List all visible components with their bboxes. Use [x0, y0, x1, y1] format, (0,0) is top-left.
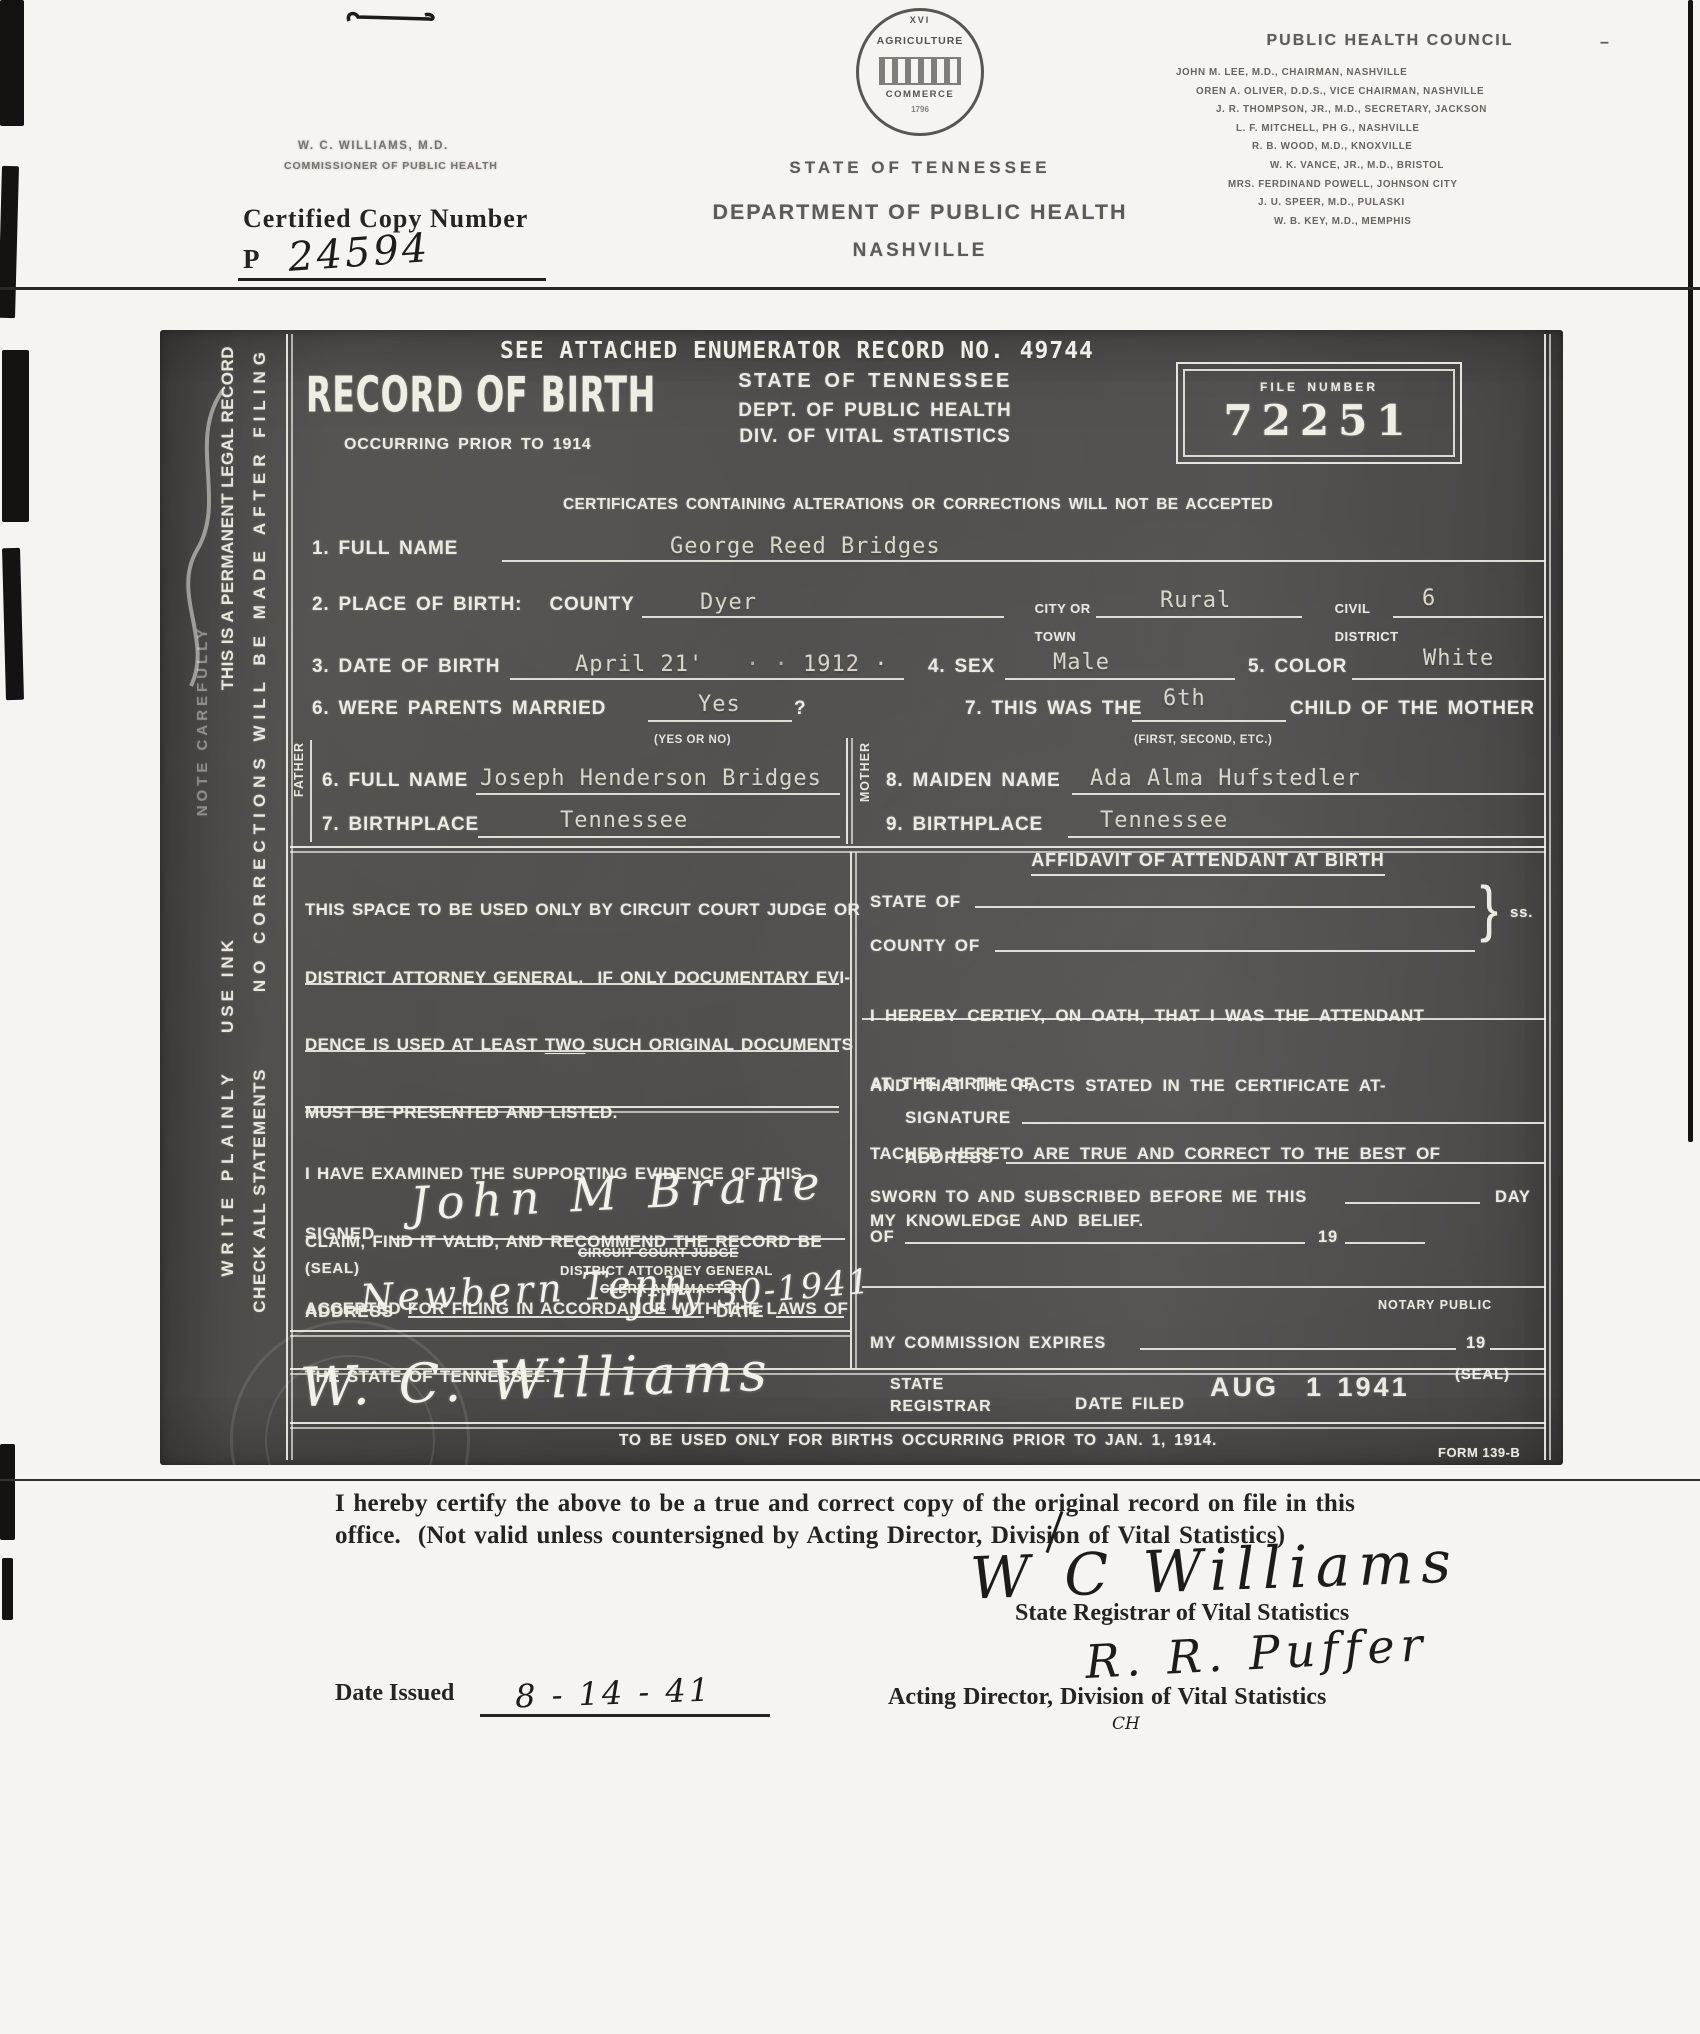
seal-year: 1796	[859, 105, 981, 114]
affidavit-county-label: COUNTY OF	[870, 936, 980, 956]
day-label: DAY	[1495, 1188, 1531, 1207]
notary-signature-line	[862, 1286, 1546, 1288]
affidavit-county-line	[995, 934, 1475, 952]
file-number-value: 72251	[1185, 396, 1453, 445]
commissioner-title: COMMISSIONER OF PUBLIC HEALTH	[284, 160, 498, 172]
scan-artifact	[0, 0, 24, 126]
date-noise: · ·	[746, 652, 789, 677]
usage-note: TO BE USED ONLY FOR BIRTHS OCCURRING PRI…	[290, 1432, 1546, 1450]
council-member: W. B. KEY, M.D., MEMPHIS	[1274, 213, 1628, 232]
mother-side-label: MOTHER	[858, 742, 872, 802]
married-question-mark: ?	[794, 698, 806, 720]
agency-block: STATE OF TENNESSEE DEPT. OF PUBLIC HEALT…	[710, 370, 1040, 448]
judge-line-1: THIS SPACE TO BE USED ONLY BY CIRCUIT CO…	[305, 899, 860, 922]
council-member: OREN A. OLIVER, D.D.S., VICE CHAIRMAN, N…	[1196, 83, 1628, 102]
nineteen-a: 19	[1318, 1228, 1338, 1247]
seal-parenthetical: (SEAL)	[305, 1260, 360, 1277]
married-value: Yes	[698, 692, 741, 717]
affidavit-title: AFFIDAVIT OF ATTENDANT AT BIRTH	[1031, 850, 1385, 876]
child-of-mother-label: CHILD OF THE MOTHER	[1290, 698, 1535, 720]
affidavit-state-line	[975, 890, 1475, 908]
pen-mark	[345, 8, 441, 28]
parents-married-label: 6. WERE PARENTS MARRIED	[312, 698, 606, 720]
signed-line	[392, 1222, 845, 1240]
sworn-label: SWORN TO AND SUBSCRIBED BEFORE ME THIS	[870, 1188, 1307, 1207]
this-was-the-label: 7. THIS WAS THE	[965, 698, 1142, 720]
council-member: JOHN M. LEE, M.D., CHAIRMAN, NASHVILLE	[1176, 64, 1628, 83]
certificate-bottom-rule	[0, 1479, 1700, 1481]
place-of-birth-label: 2. PLACE OF BIRTH: COUNTY	[312, 594, 635, 616]
certify-line-1: I HEREBY CERTIFY, ON OATH, THAT I WAS TH…	[870, 1005, 1424, 1028]
ss-brace: }	[1480, 873, 1498, 944]
form-number: FORM 139-B	[1438, 1446, 1520, 1460]
full-name-value: George Reed Bridges	[670, 534, 941, 559]
of-label: OF	[870, 1228, 895, 1247]
council-title: PUBLIC HEALTH COUNCIL	[1180, 32, 1600, 50]
affidavit-state-label: STATE OF	[870, 892, 961, 912]
footer-director-signature: R. R. Puffer	[1084, 1617, 1430, 1689]
date-filed-label: DATE FILED	[1075, 1394, 1185, 1414]
city-or-label-line1: CITY OR	[1035, 601, 1091, 616]
nineteen-a-line	[1345, 1226, 1425, 1244]
council-member: R. B. WOOD, M.D., KNOXVILLE	[1252, 138, 1628, 157]
agency-division: DIV. OF VITAL STATISTICS	[710, 426, 1040, 448]
county-value: Dyer	[700, 590, 757, 615]
footer-director-title: Acting Director, Division of Vital Stati…	[888, 1684, 1326, 1711]
state-line: STATE OF TENNESSEE	[770, 158, 1070, 178]
mother-name-value: Ada Alma Hufstedler	[1090, 766, 1361, 791]
child-order-line	[1132, 704, 1286, 722]
enumerator-record-stamp: SEE ATTACHED ENUMERATOR RECORD NO. 49744	[500, 338, 1094, 364]
affidavit-title-wrap: AFFIDAVIT OF ATTENDANT AT BIRTH	[870, 850, 1546, 876]
father-bracket-line	[310, 740, 312, 842]
sex-label: 4. SEX	[928, 656, 995, 678]
header-divider-rule	[0, 287, 1700, 290]
scan-artifact	[0, 1444, 15, 1540]
full-name-line	[502, 544, 1546, 562]
certified-copy-prefix: P	[243, 244, 260, 275]
margin-permanent-record: THIS IS A PERMANENT LEGAL RECORD	[218, 346, 238, 690]
father-birthplace-value: Tennessee	[560, 808, 688, 833]
registrar-label-registrar: REGISTRAR	[890, 1398, 991, 1416]
seal-commerce: COMMERCE	[859, 89, 981, 100]
ss-label: ss.	[1510, 904, 1533, 921]
father-birthplace-label: 7. BIRTHPLACE	[322, 814, 479, 836]
evidence-blank-line-1	[305, 967, 839, 985]
file-number-box-inner: FILE NUMBER 72251	[1183, 369, 1455, 457]
judge-box-divider	[305, 1106, 839, 1113]
mother-birthplace-value: Tennessee	[1100, 808, 1228, 833]
council-member: W. K. VANCE, JR., M.D., BRISTOL	[1270, 157, 1628, 176]
agency-dept: DEPT. OF PUBLIC HEALTH	[710, 400, 1040, 422]
father-side-label: FATHER	[292, 742, 306, 797]
first-second-hint: (FIRST, SECOND, ETC.)	[1134, 734, 1272, 746]
council-member: L. F. MITCHELL, PH G., NASHVILLE	[1236, 120, 1628, 139]
address-label: ADDRESS	[305, 1302, 394, 1322]
council-member: J. U. SPEER, M.D., PULASKI	[1258, 194, 1628, 213]
notary-public-label: NOTARY PUBLIC	[1378, 1298, 1492, 1312]
commissioner-name: W. C. WILLIAMS, M.D.	[298, 140, 449, 152]
color-value: White	[1423, 646, 1494, 671]
photostat-certificate: NOTE CAREFULLY THIS IS A PERMANENT LEGAL…	[160, 330, 1563, 1465]
seal-figures	[879, 57, 961, 85]
mother-divider-line	[846, 738, 853, 844]
nineteen-b-line	[1490, 1332, 1544, 1350]
footer-certify-line-1: I hereby certify the above to be a true …	[335, 1490, 1355, 1518]
left-column-bottom-rule	[290, 1330, 850, 1337]
affidavit-address-label: ADDRESS	[905, 1148, 994, 1168]
scan-artifact	[2, 350, 29, 522]
district-line	[1393, 600, 1543, 618]
council-member: J. R. THOMPSON, JR., M.D., SECRETARY, JA…	[1216, 101, 1628, 120]
father-name-value: Joseph Henderson Bridges	[480, 766, 822, 791]
tennessee-state-seal: XVI AGRICULTURE COMMERCE 1796	[856, 8, 984, 136]
civil-label-line2: DISTRICT	[1335, 629, 1399, 644]
mother-birthplace-label: 9. BIRTHPLACE	[886, 814, 1043, 836]
date-year: 1912 ·	[803, 652, 888, 677]
signed-label: SIGNED	[305, 1224, 375, 1244]
color-label: 5. COLOR	[1248, 656, 1347, 678]
agency-state: STATE OF TENNESSEE	[710, 370, 1040, 393]
title-circuit-judge: CIRCUIT COURT JUDGE	[578, 1246, 738, 1260]
county-line	[642, 600, 1004, 618]
affidavit-divider	[862, 1018, 1546, 1020]
full-name-label: 1. FULL NAME	[312, 538, 458, 560]
sworn-day-line	[1345, 1186, 1480, 1204]
date-issued-value: 8 - 14 - 41	[514, 1671, 712, 1716]
mother-name-label: 8. MAIDEN NAME	[886, 770, 1061, 792]
commission-line	[1140, 1332, 1456, 1350]
date-filed-stamp: AUG 1 1941	[1210, 1372, 1410, 1403]
margin-use-ink: USE INK	[218, 936, 238, 1033]
margin-write-plainly: WRITE PLAINLY	[218, 1068, 238, 1277]
file-number-label: FILE NUMBER	[1185, 380, 1453, 394]
footer-director-initials: CH	[1112, 1714, 1140, 1734]
nineteen-b: 19	[1466, 1334, 1486, 1353]
seal-agriculture: AGRICULTURE	[859, 35, 981, 47]
seal-roman: XVI	[859, 15, 981, 25]
department-line: DEPARTMENT OF PUBLIC HEALTH	[690, 200, 1150, 225]
facts-line-1: AND THAT THE FACTS STATED IN THE CERTIFI…	[870, 1075, 1440, 1098]
certified-copy-underline	[238, 278, 546, 281]
commission-expires-label: MY COMMISSION EXPIRES	[870, 1334, 1106, 1353]
scan-artifact	[2, 548, 24, 700]
margin-no-corrections: NO CORRECTIONS WILL BE MADE AFTER FILING	[250, 346, 270, 992]
evidence-blank-line-2	[305, 1034, 839, 1052]
city-line: NASHVILLE	[830, 240, 1010, 262]
yes-or-no-hint: (YES OR NO)	[654, 734, 731, 746]
district-value: 6	[1422, 586, 1436, 611]
file-number-box: FILE NUMBER 72251	[1176, 362, 1462, 464]
city-value: Rural	[1160, 588, 1231, 613]
certified-copy-number: 24594	[287, 225, 432, 281]
sex-value: Male	[1053, 650, 1110, 675]
scan-artifact	[1688, 0, 1693, 1142]
occurring-prior-subtitle: OCCURRING PRIOR TO 1914	[344, 436, 592, 454]
sex-line	[1005, 662, 1235, 680]
date-issued-label: Date Issued	[335, 1680, 454, 1707]
of-line	[905, 1226, 1305, 1244]
affidavit-signature-label: SIGNATURE	[905, 1108, 1011, 1128]
band-bottom-rule	[290, 1422, 1546, 1429]
margin-check-statements: CHECK ALL STATEMENTS	[250, 1068, 270, 1313]
civil-district-label: CIVIL DISTRICT	[1310, 588, 1399, 658]
date-value: April 21' · · 1912 ·	[575, 652, 888, 677]
child-order-value: 6th	[1163, 686, 1206, 711]
city-or-town-label: CITY OR TOWN	[1010, 588, 1091, 658]
affidavit-signature-line	[1022, 1106, 1544, 1124]
father-name-label: 6. FULL NAME	[322, 770, 468, 792]
no-alterations-warning: CERTIFICATES CONTAINING ALTERATIONS OR C…	[290, 496, 1546, 514]
scanned-birth-certificate-page: W. C. WILLIAMS, M.D. COMMISSIONER OF PUB…	[0, 0, 1700, 2034]
record-of-birth-title: RECORD OF BIRTH	[306, 366, 656, 423]
date-of-birth-label: 3. DATE OF BIRTH	[312, 656, 500, 678]
affidavit-address-line	[1006, 1146, 1544, 1164]
scan-artifact	[2, 1558, 13, 1620]
council-member: MRS. FERDINAND POWELL, JOHNSON CITY	[1228, 176, 1628, 195]
civil-label-line1: CIVIL	[1335, 601, 1371, 616]
registrar-label-state: STATE	[890, 1376, 944, 1394]
scan-artifact	[0, 166, 19, 318]
council-dash: –	[1600, 34, 1609, 52]
city-or-label-line2: TOWN	[1035, 629, 1076, 644]
margin-note-carefully: NOTE CAREFULLY	[194, 625, 211, 816]
council-members: JOHN M. LEE, M.D., CHAIRMAN, NASHVILLE O…	[1168, 64, 1628, 231]
